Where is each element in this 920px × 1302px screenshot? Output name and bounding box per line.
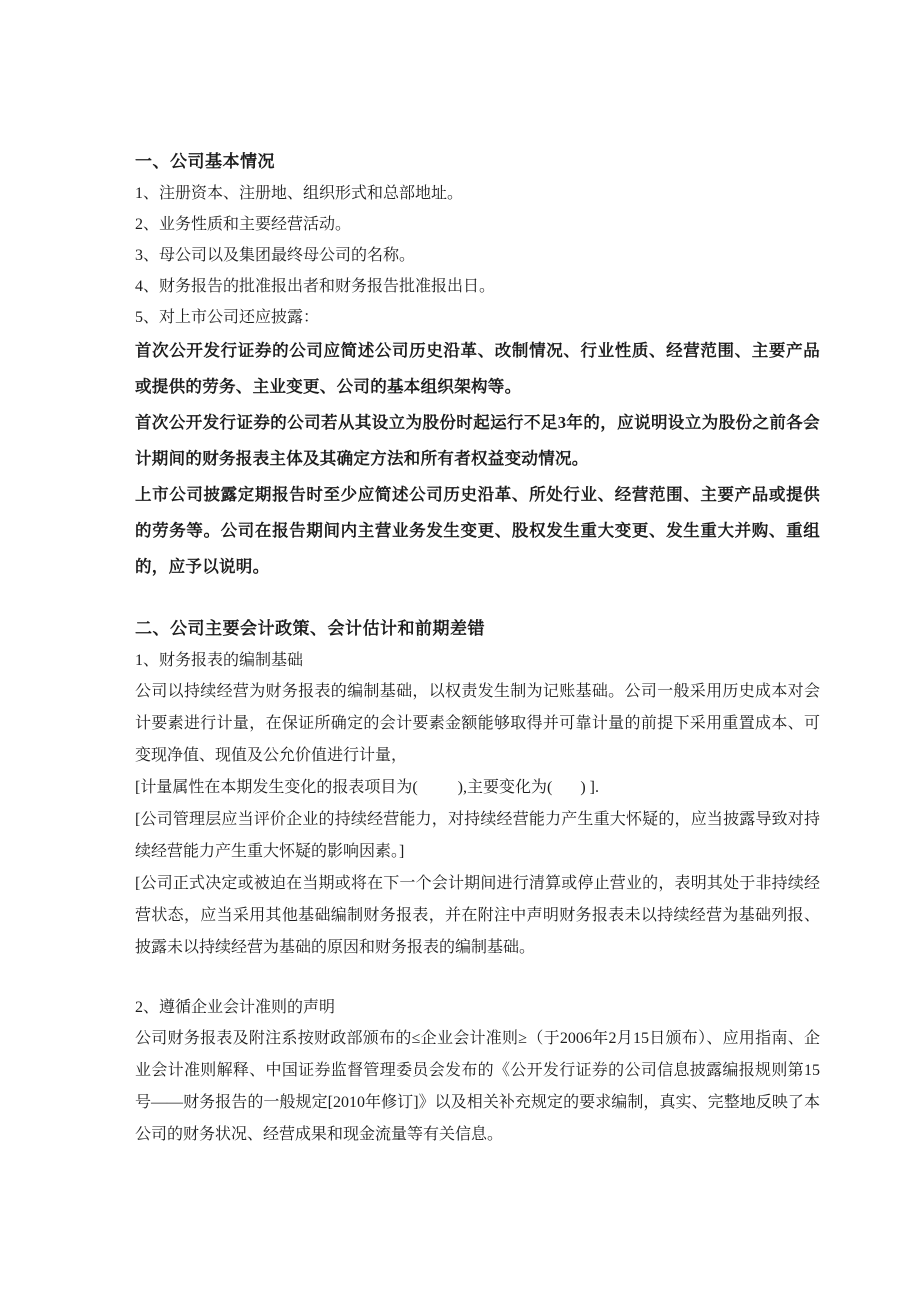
paragraph: [公司管理层应当评价企业的持续经营能力，对持续经营能力产生重大怀疑的，应当披露导… (135, 804, 820, 868)
list-item: 4、财务报告的批准报出者和财务报告批准报出日。 (135, 271, 820, 302)
paragraph-fill-in-blanks: [计量属性在本期发生变化的报表项目为( ),主要变化为( ) ]. (135, 772, 820, 804)
section-1-heading: 一、公司基本情况 (135, 146, 820, 178)
subsection-title: 1、财务报表的编制基础 (135, 645, 820, 676)
bold-paragraph: 上市公司披露定期报告时至少应简述公司历史沿革、所处行业、经营范围、主要产品或提供… (135, 477, 820, 585)
section-2-heading: 二、公司主要会计政策、会计估计和前期差错 (135, 613, 820, 645)
bold-paragraph: 首次公开发行证券的公司若从其设立为股份时起运行不足3年的，应说明设立为股份之前各… (135, 405, 820, 477)
section-2: 二、公司主要会计政策、会计估计和前期差错 1、财务报表的编制基础 公司以持续经营… (135, 613, 820, 1151)
list-item: 1、注册资本、注册地、组织形式和总部地址。 (135, 178, 820, 209)
list-item: 5、对上市公司还应披露： (135, 302, 820, 333)
paragraph: 公司财务报表及附注系按财政部颁布的≤企业会计准则≥（于2006年2月15日颁布）… (135, 1023, 820, 1151)
subsection-title: 2、遵循企业会计准则的声明 (135, 992, 820, 1023)
list-item: 3、母公司以及集团最终母公司的名称。 (135, 240, 820, 271)
bold-paragraph: 首次公开发行证券的公司应简述公司历史沿革、改制情况、行业性质、经营范围、主要产品… (135, 333, 820, 405)
paragraph: 公司以持续经营为财务报表的编制基础，以权责发生制为记账基础。公司一般采用历史成本… (135, 676, 820, 772)
paragraph: [公司正式决定或被迫在当期或将在下一个会计期间进行清算或停止营业的，表明其处于非… (135, 868, 820, 964)
list-item: 2、业务性质和主要经营活动。 (135, 209, 820, 240)
document-page: 一、公司基本情况 1、注册资本、注册地、组织形式和总部地址。 2、业务性质和主要… (0, 0, 920, 1302)
